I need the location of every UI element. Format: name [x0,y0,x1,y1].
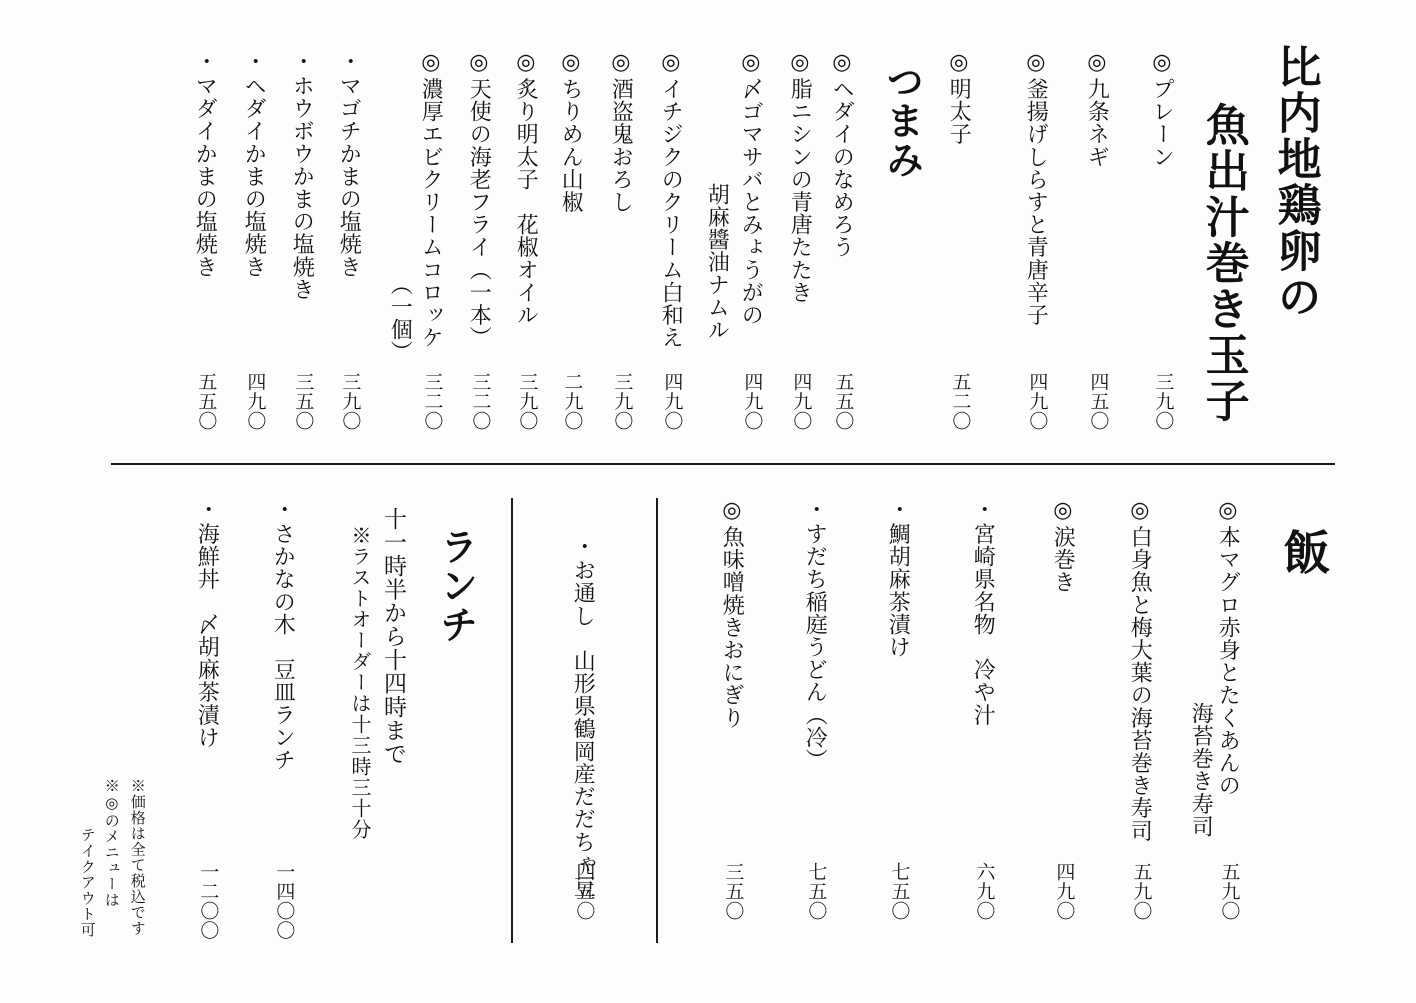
tax-note: ※価格は全て税込です [126,778,146,936]
menu-page: 比内地鶏卵の 魚出汁巻き玉子 ◎プレーン三九〇◎九条ネギ四五〇◎釜揚げしらすと青… [0,0,1416,1003]
takeout-note-line1: ※◎のメニューは [100,778,120,907]
takeout-note-line2: テイクアウト可 [76,827,96,938]
notes-section: ※価格は全て税込です ※◎のメニューは テイクアウト可 [0,0,1416,1003]
